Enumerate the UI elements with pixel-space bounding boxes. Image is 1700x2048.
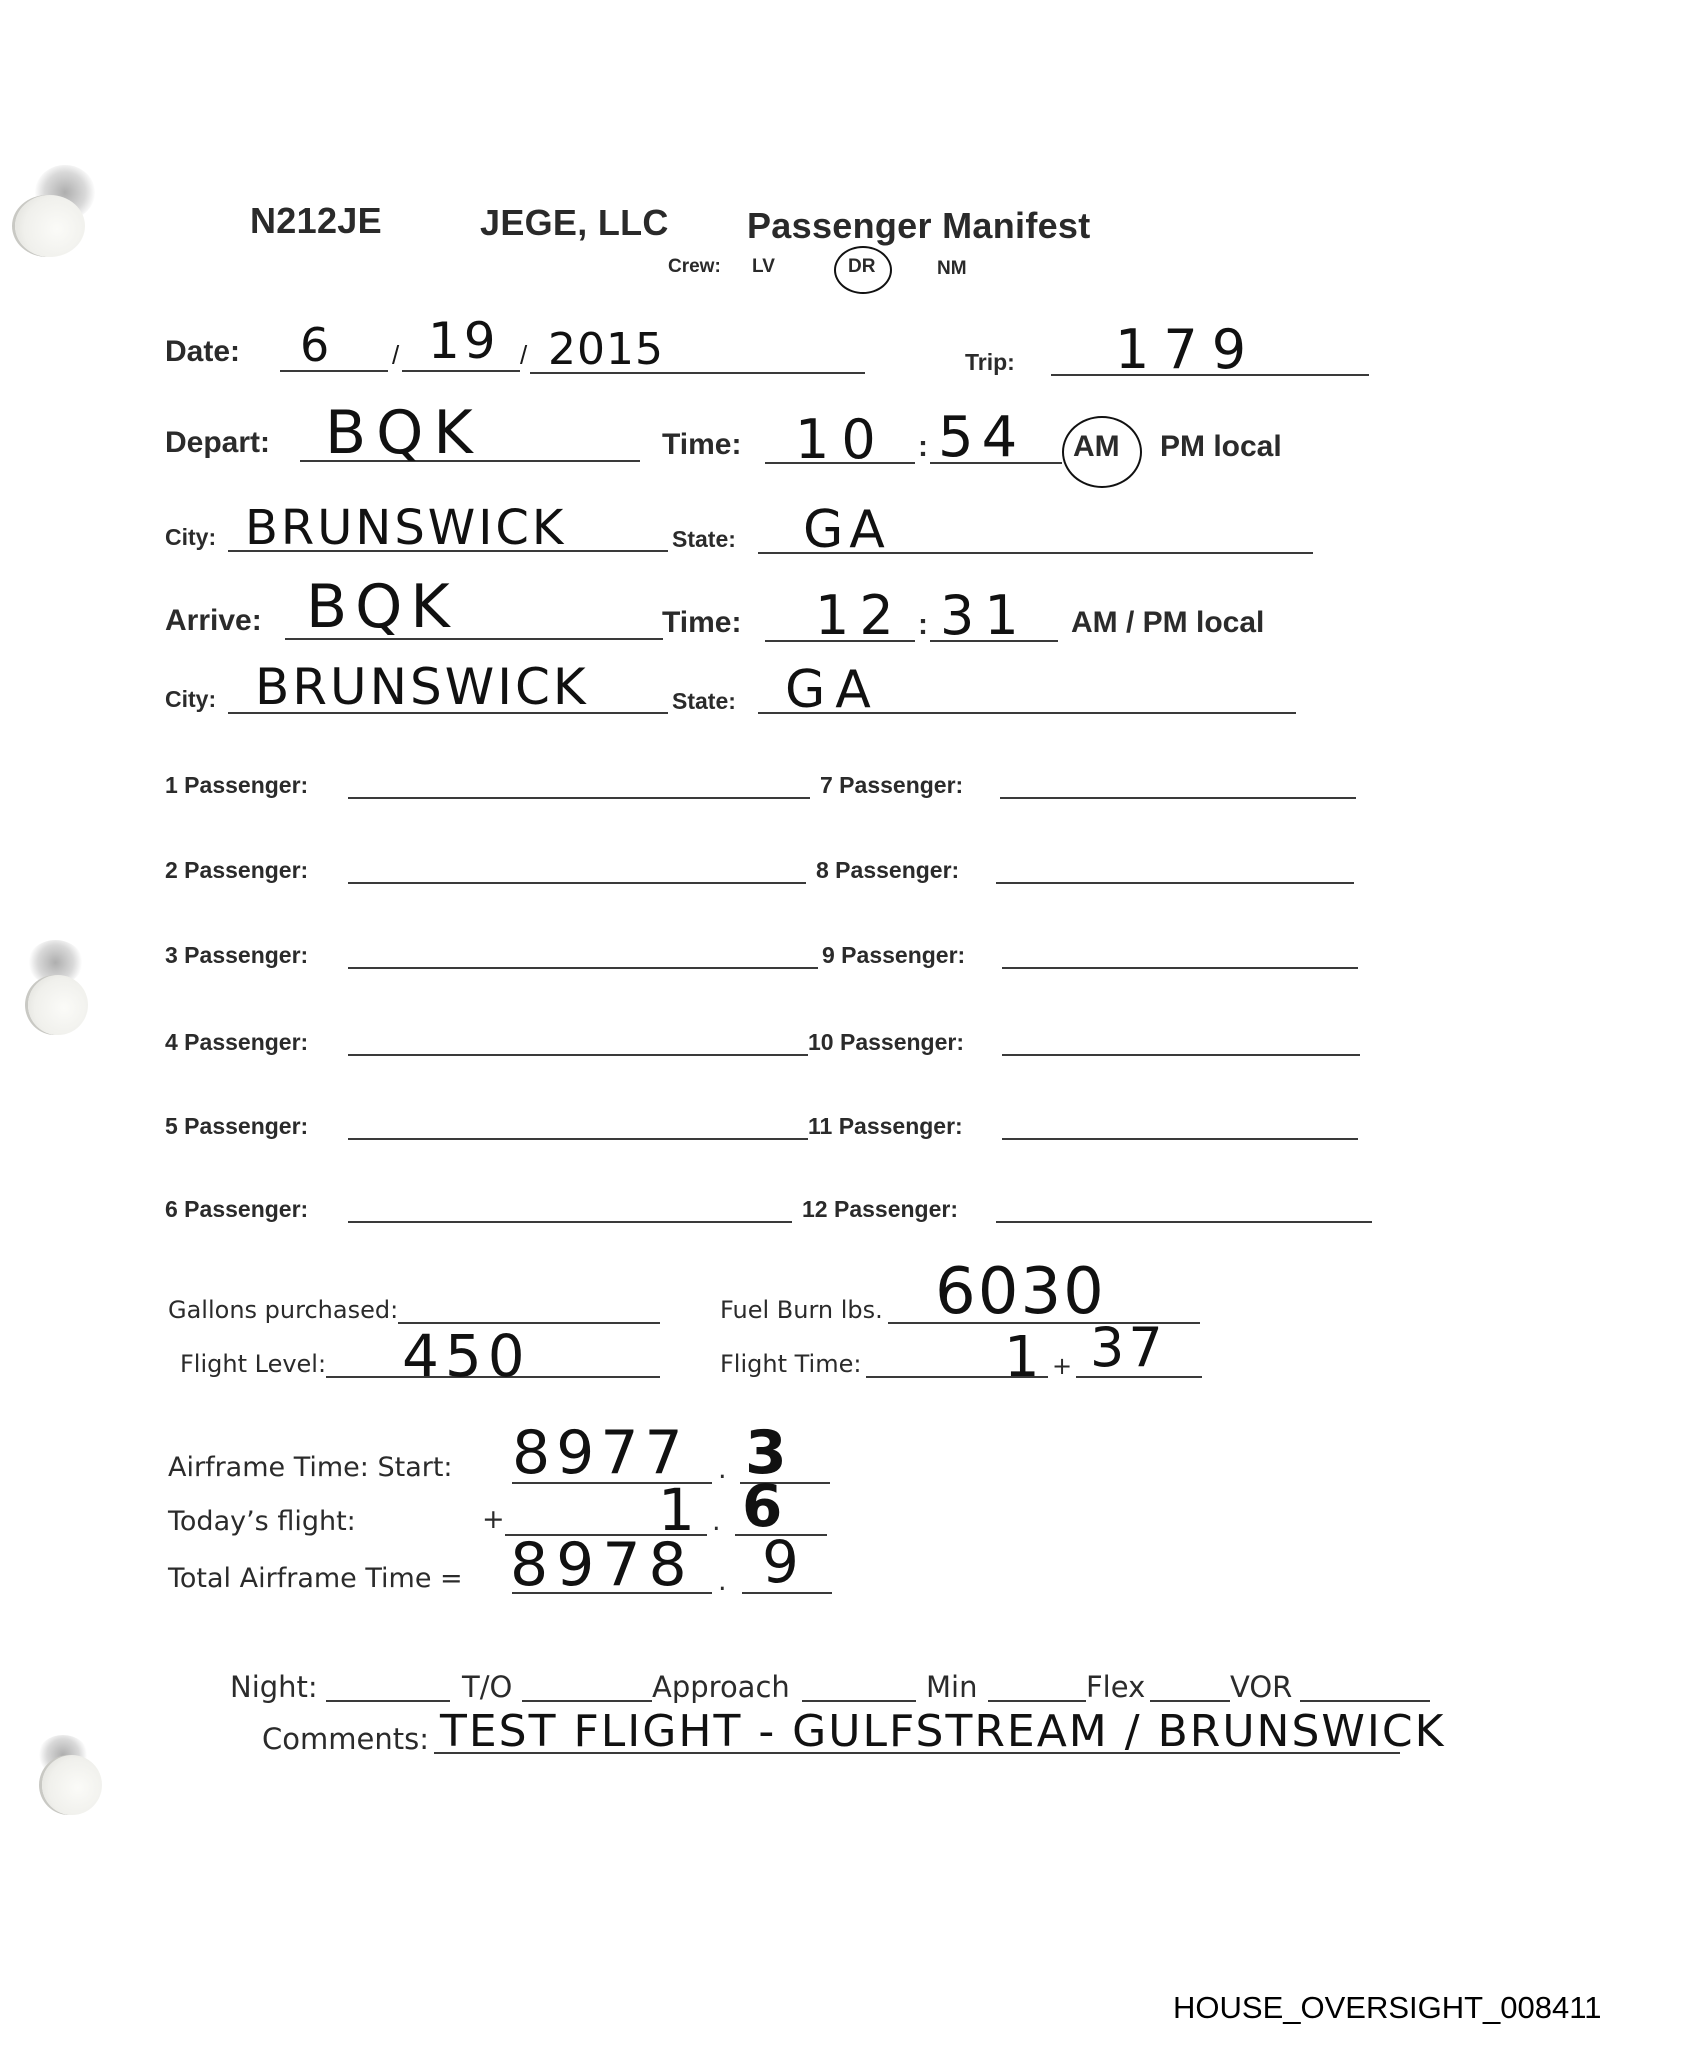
depart-hour-value: 10 [795, 408, 888, 471]
approach-label: Approach [652, 1670, 790, 1704]
passenger-1-label: 1 Passenger: [165, 772, 308, 799]
passenger-10-field[interactable] [1002, 1054, 1360, 1056]
crew-member-lv: LV [752, 256, 775, 278]
passenger-3-label: 3 Passenger: [165, 942, 308, 969]
passenger-8-label: 8 Passenger: [816, 857, 959, 884]
depart-label: Depart: [165, 426, 270, 460]
arrive-state-value: GA [785, 660, 881, 720]
depart-time-label: Time: [662, 428, 741, 462]
depart-city-value: BRUNSWICK [245, 500, 566, 556]
depart-time-colon: : [918, 430, 928, 464]
date-day-value: 19 [428, 312, 500, 370]
date-year-value: 2015 [548, 324, 664, 375]
min-label: Min [926, 1670, 977, 1704]
trip-label: Trip: [965, 349, 1015, 376]
date-month-line[interactable] [280, 370, 388, 372]
passenger-4-label: 4 Passenger: [165, 1029, 308, 1056]
arrive-minute-value: 31 [940, 584, 1029, 647]
passenger-9-field[interactable] [1002, 967, 1358, 969]
total-airframe-tenth-value: 9 [762, 1528, 803, 1596]
comments-value: TEST FLIGHT - GULFSTREAM / BRUNSWICK [440, 1706, 1445, 1757]
flight-time-hours-value: 1 [1004, 1325, 1044, 1390]
arrive-city-value: BRUNSWICK [255, 658, 589, 716]
passenger-12-field[interactable] [996, 1221, 1372, 1223]
total-airframe-whole-value: 8978 [510, 1530, 695, 1600]
flex-label: Flex [1086, 1670, 1145, 1704]
total-airframe-label: Total Airframe Time = [168, 1563, 463, 1594]
vor-label: VOR [1230, 1670, 1292, 1704]
airframe-start-label: Airframe Time: Start: [168, 1452, 453, 1483]
passenger-6-field[interactable] [348, 1221, 792, 1223]
night-field[interactable] [326, 1700, 450, 1702]
arrive-label: Arrive: [165, 604, 262, 638]
depart-pm-option[interactable]: PM local [1160, 430, 1282, 464]
binder-hole-middle [28, 975, 88, 1035]
depart-airport-value: BQK [325, 398, 483, 468]
takeoff-label: T/O [462, 1670, 512, 1704]
trip-value: 179 [1115, 318, 1260, 381]
total-airframe-dot: . [718, 1566, 727, 1597]
date-separator: / [392, 340, 399, 371]
company-name: JEGE, LLC [480, 202, 669, 244]
depart-state-value: GA [803, 500, 891, 560]
date-month-value: 6 [300, 318, 333, 372]
todays-flight-label: Today’s flight: [168, 1506, 356, 1537]
depart-city-label: City: [165, 524, 216, 551]
passenger-9-label: 9 Passenger: [822, 942, 965, 969]
fuel-burn-value: 6030 [935, 1255, 1106, 1329]
arrive-airport-value: BQK [306, 572, 458, 642]
todays-flight-plus: + [482, 1504, 505, 1535]
arrive-time-colon: : [918, 608, 928, 642]
flight-level-value: 450 [402, 1322, 531, 1390]
date-day-line[interactable] [402, 370, 520, 372]
passenger-12-label: 12 Passenger: [802, 1196, 958, 1223]
passenger-2-field[interactable] [348, 882, 806, 884]
crew-label: Crew: [668, 256, 721, 278]
depart-state-label: State: [672, 526, 736, 553]
approach-field[interactable] [802, 1700, 916, 1702]
flight-time-minutes-value: 37 [1090, 1316, 1167, 1379]
arrive-state-label: State: [672, 688, 736, 715]
passenger-1-field[interactable] [348, 797, 810, 799]
passenger-5-field[interactable] [348, 1138, 808, 1140]
gallons-purchased-label: Gallons purchased: [168, 1296, 398, 1324]
date-label: Date: [165, 335, 240, 369]
passenger-7-label: 7 Passenger: [820, 772, 963, 799]
passenger-11-label: 11 Passenger: [808, 1113, 963, 1140]
form-title: Passenger Manifest [747, 205, 1091, 247]
passenger-4-field[interactable] [348, 1054, 808, 1056]
todays-flight-dot: . [712, 1506, 721, 1537]
flight-level-label: Flight Level: [180, 1350, 326, 1378]
flex-field[interactable] [1150, 1700, 1230, 1702]
comments-label: Comments: [262, 1722, 429, 1756]
date-separator: / [520, 340, 527, 371]
night-label: Night: [230, 1670, 318, 1704]
depart-minute-value: 54 [938, 405, 1025, 470]
flight-time-label: Flight Time: [720, 1350, 861, 1378]
vor-field[interactable] [1300, 1700, 1430, 1702]
crew-member-nm: NM [937, 258, 967, 280]
passenger-10-label: 10 Passenger: [808, 1029, 964, 1056]
arrive-city-label: City: [165, 686, 216, 713]
passenger-11-field[interactable] [1002, 1138, 1358, 1140]
binder-hole-bottom [42, 1755, 102, 1815]
depart-am-selected-circle [1062, 416, 1142, 488]
passenger-2-label: 2 Passenger: [165, 857, 308, 884]
tail-number: N212JE [250, 200, 382, 242]
crew-selected-circle [834, 246, 892, 294]
passenger-7-field[interactable] [1000, 797, 1356, 799]
takeoff-field[interactable] [522, 1700, 652, 1702]
min-field[interactable] [988, 1700, 1086, 1702]
passenger-3-field[interactable] [348, 967, 818, 969]
flight-time-plus: + [1052, 1352, 1072, 1380]
arrive-ampm-options[interactable]: AM / PM local [1071, 606, 1264, 640]
arrive-time-label: Time: [662, 606, 741, 640]
passenger-6-label: 6 Passenger: [165, 1196, 308, 1223]
passenger-5-label: 5 Passenger: [165, 1113, 308, 1140]
arrive-hour-value: 12 [815, 584, 904, 647]
fuel-burn-label: Fuel Burn lbs. [720, 1296, 883, 1324]
bates-number: HOUSE_OVERSIGHT_008411 [1173, 1990, 1601, 2026]
passenger-8-field[interactable] [996, 882, 1354, 884]
airframe-start-dot: . [718, 1454, 727, 1485]
binder-hole-top [15, 195, 85, 257]
